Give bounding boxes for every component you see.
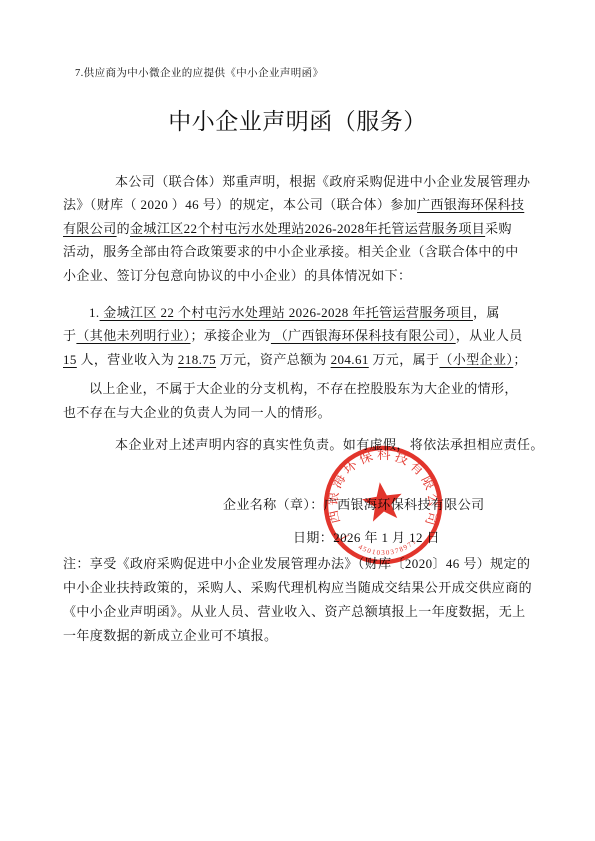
underlined-field: 204.61 bbox=[331, 352, 369, 367]
text-run: 一年度数据的新成立企业可不填报。 bbox=[63, 628, 277, 643]
underlined-field: 广西银海环保科技 bbox=[417, 197, 524, 212]
text-run: 1. bbox=[89, 305, 100, 320]
company-seal-icon: 广西银海环保科技有限公司 4501030378971 bbox=[311, 433, 456, 578]
text-run: 的 bbox=[117, 221, 130, 236]
underlined-field: （其他未列明行业） bbox=[76, 328, 190, 343]
underlined-field: （小型企业） bbox=[439, 352, 513, 367]
document-title: 中小企业声明函（服务） bbox=[0, 103, 595, 136]
text-line: 中小企业扶持政策的，采购人、采购代理机构应当随成交结果公开成交供应商的 bbox=[63, 576, 536, 600]
text-run: 万元，资产总额为 bbox=[216, 352, 331, 367]
underlined-field: 有限公司 bbox=[63, 221, 117, 236]
text-run: 也不存在与大企业的负责人为同一人的情形。 bbox=[63, 405, 331, 420]
text-run: 中小企业扶持政策的，采购人、采购代理机构应当随成交结果公开成交供应商的 bbox=[63, 580, 532, 595]
text-run: 注：享受《政府采购促进中小企业发展管理办法》（财库〔2020〕46 号）规定的 bbox=[63, 556, 530, 571]
text-run: 本公司（联合体）郑重声明，根据《政府采购促进中小企业发展管理办 bbox=[115, 174, 530, 189]
text-line: 也不存在与大企业的负责人为同一人的情形。 bbox=[63, 401, 536, 424]
text-line: 有限公司的金城江区22个村屯污水处理站2026-2028年托管运营服务项目采购 bbox=[63, 217, 536, 240]
underlined-field: 金城江区 22 个村屯污水处理站 2026-2028 年托管运营服务项目 bbox=[100, 305, 473, 320]
text-run: 采购 bbox=[485, 221, 512, 236]
underlined-field: 金城江区22个村屯污水处理站2026-2028年托管运营服务项目 bbox=[130, 221, 485, 236]
seal-star-icon bbox=[360, 479, 405, 522]
text-run: 活动，服务全部由符合政策要求的中小企业承接。相关企业（含联合体中的中 bbox=[63, 244, 519, 259]
text-run: 法》（财库（ 2020 ）46 号）的规定，本公司（联合体）参加 bbox=[63, 197, 417, 212]
text-run: ，从业人员 bbox=[456, 328, 523, 343]
text-run: 小企业、签订分包意向协议的中小企业）的具体情况如下： bbox=[63, 268, 411, 283]
text-line: 1. 金城江区 22 个村屯污水处理站 2026-2028 年托管运营服务项目，… bbox=[63, 301, 536, 324]
note-block: 注：享受《政府采购促进中小企业发展管理办法》（财库〔2020〕46 号）规定的中… bbox=[63, 552, 536, 648]
text-line: 于（其他未列明行业）；承接企业为 （广西银海环保科技有限公司），从业人员 bbox=[63, 324, 536, 347]
document-page: 7.供应商为中小微企业的应提供《中小企业声明函》 中小企业声明函（服务） 本公司… bbox=[0, 0, 595, 841]
text-line: 本企业对上述声明内容的真实性负责。如有虚假，将依法承担相应责任。 bbox=[63, 433, 536, 456]
text-run: ，属 bbox=[473, 305, 500, 320]
text-line: 小企业、签订分包意向协议的中小企业）的具体情况如下： bbox=[63, 264, 536, 287]
text-run: 人，营业收入为 bbox=[77, 352, 178, 367]
text-line: 活动，服务全部由符合政策要求的中小企业承接。相关企业（含联合体中的中 bbox=[63, 240, 536, 263]
underlined-field: （广西银海环保科技有限公司） bbox=[271, 328, 456, 343]
text-line: 《中小企业声明函》。从业人员、营业收入、资产总额填报上一年度数据，无上 bbox=[63, 600, 536, 624]
underlined-field: 15 bbox=[63, 352, 77, 367]
text-line: 注：享受《政府采购促进中小企业发展管理办法》（财库〔2020〕46 号）规定的 bbox=[63, 552, 536, 576]
text-line: 15 人，营业收入为 218.75 万元，资产总额为 204.61 万元，属于（… bbox=[63, 348, 536, 371]
text-run: 以上企业，不属于大企业的分支机构，不存在控股股东为大企业的情形， bbox=[89, 381, 518, 396]
text-run: 《中小企业声明函》。从业人员、营业收入、资产总额填报上一年度数据，无上 bbox=[63, 604, 526, 619]
underlined-field: 218.75 bbox=[178, 352, 216, 367]
text-run: ； bbox=[513, 352, 526, 367]
text-line: 本公司（联合体）郑重声明，根据《政府采购促进中小企业发展管理办 bbox=[63, 170, 536, 193]
declaration-body: 本公司（联合体）郑重声明，根据《政府采购促进中小企业发展管理办法》（财库（ 20… bbox=[63, 170, 536, 456]
text-line: 以上企业，不属于大企业的分支机构，不存在控股股东为大企业的情形， bbox=[63, 377, 536, 400]
text-run: 于 bbox=[63, 328, 76, 343]
text-run: ；承接企业为 bbox=[191, 328, 271, 343]
header-note: 7.供应商为中小微企业的应提供《中小企业声明函》 bbox=[75, 65, 323, 80]
text-run: 万元，属于 bbox=[369, 352, 440, 367]
text-line: 法》（财库（ 2020 ）46 号）的规定，本公司（联合体）参加广西银海环保科技 bbox=[63, 193, 536, 216]
text-line: 一年度数据的新成立企业可不填报。 bbox=[63, 624, 536, 648]
